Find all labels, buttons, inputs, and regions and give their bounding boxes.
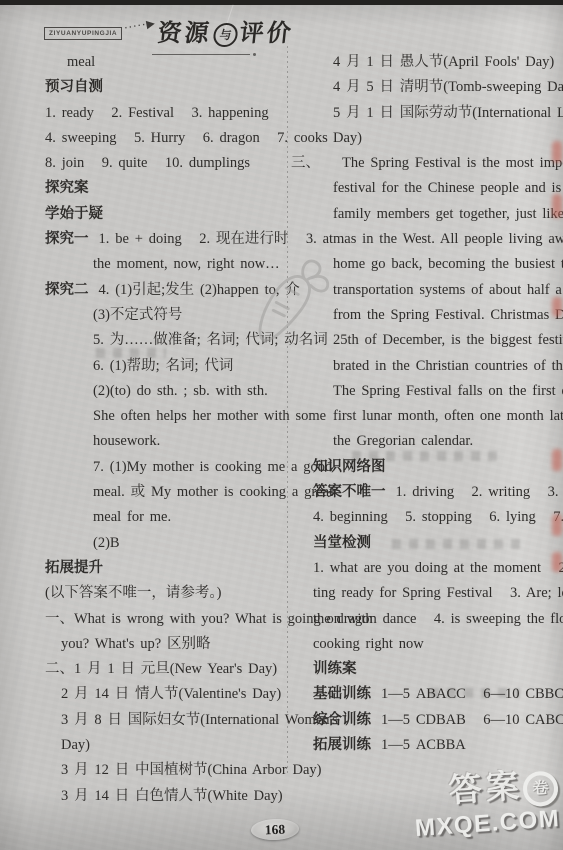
text-line: 3 月 12 日 中国植树节(China Arbor Day)	[61, 758, 285, 783]
line-text: ting ready for Spring Festival 3. Are; l…	[313, 585, 563, 601]
brand-pinyin-box: ZIYUANYUPINGJIA	[44, 27, 122, 40]
text-line: 8. join 9. quite 10. dumplings	[45, 151, 285, 176]
text-line: family members get together, just like C…	[333, 202, 553, 227]
brand-title-part2: 评价	[238, 20, 295, 47]
line-text: 预习自测	[45, 79, 103, 95]
text-line: (2)(to) do sth. ; sb. with sth.	[93, 379, 285, 404]
line-text: brated in the Christian countries of the…	[333, 358, 563, 374]
carrot-icon	[238, 241, 344, 354]
line-label: 探究二	[45, 282, 89, 298]
line-text: 当堂检测	[313, 535, 371, 551]
text-line: 4 月 1 日 愚人节(April Fools' Day)	[333, 50, 553, 75]
line-text: The Spring Festival falls on the first d…	[333, 383, 563, 399]
line-text: home go back, becoming the busiest time …	[333, 256, 563, 272]
brand-title-part1: 资源	[156, 20, 213, 47]
line-text: from the Spring Festival. Christmas Day,…	[333, 307, 563, 323]
line-text: meal	[67, 54, 95, 70]
bleedthrough-smudge	[392, 539, 520, 549]
line-text: festival for the Chinese people and is w…	[333, 180, 563, 196]
line-text: 6. (1)帮助; 名词; 代词	[93, 358, 233, 374]
text-line: Day)	[333, 126, 553, 151]
line-text: 8. join 9. quite 10. dumplings	[45, 155, 250, 171]
bleedthrough-smudge	[96, 348, 166, 358]
page-number-badge: 168	[251, 818, 300, 841]
text-line: 训练案	[313, 657, 553, 682]
text-line: transportation systems of about half a m…	[333, 278, 553, 303]
line-text: 二、1 月 1 日 元旦(New Year's Day)	[45, 661, 277, 677]
text-line: 二、1 月 1 日 元旦(New Year's Day)	[45, 657, 285, 682]
text-line: 4. sweeping 5. Hurry 6. dragon 7. cooks	[45, 126, 285, 151]
line-text: (3)不定式符号	[93, 307, 182, 323]
page-edge-red-mark	[552, 194, 562, 218]
page-edge-red-mark	[552, 552, 562, 572]
site-watermark: 答案卷 MXQE.COM	[387, 766, 561, 845]
text-line: 预习自测	[45, 75, 285, 100]
text-line: from the Spring Festival. Christmas Day,…	[333, 303, 553, 328]
site-watermark-cn-text: 答案	[448, 767, 524, 809]
line-text: 3 月 14 日 白色情人节(White Day)	[61, 788, 283, 804]
line-text: first lunar month, often one month later…	[333, 408, 563, 424]
text-line: 探究案	[45, 176, 285, 201]
text-line: housework.	[93, 429, 285, 454]
text-line: mas in the West. All people living away …	[333, 227, 553, 252]
line-text: Day)	[61, 737, 90, 753]
dotted-arrow-icon: ·····▶	[123, 16, 157, 34]
page-edge-red-mark	[552, 297, 562, 317]
bleedthrough-smudge	[352, 451, 502, 461]
text-line: 1. what are you doing at the moment 2. a…	[313, 556, 553, 581]
scanned-workbook-page: ZIYUANYUPINGJIA·····▶资源与评价 meal预习自测1. re…	[0, 0, 563, 850]
line-label: 综合训练	[313, 712, 371, 728]
line-text: the dragon dance 4. is sweeping the floo…	[313, 611, 563, 627]
text-line: meal. 或 My mother is cooking a great	[93, 480, 285, 505]
line-text: 1. ready 2. Festival 3. happening	[45, 105, 269, 121]
line-text: 学始于疑	[45, 206, 103, 222]
text-line: ting ready for Spring Festival 3. Are; l…	[313, 581, 553, 606]
line-label: 答案不唯一	[313, 484, 386, 500]
line-text: 1—5 CDBAB 6—10 CABCA	[381, 712, 563, 728]
line-text: 25th of December, is the biggest festiva…	[333, 332, 563, 348]
site-watermark-circle-char: 卷	[522, 770, 559, 807]
right-text-column: 4 月 1 日 愚人节(April Fools' Day)4 月 5 日 清明节…	[291, 50, 553, 758]
scan-top-edge	[0, 0, 563, 5]
site-watermark-cn: 答案卷	[387, 766, 559, 817]
line-text: 拓展提升	[45, 560, 103, 576]
text-line: home go back, becoming the busiest time …	[333, 252, 553, 277]
text-line: 一、What is wrong with you? What is going …	[45, 607, 285, 632]
text-line: 答案不唯一1. driving 2. writing 3. helping	[313, 480, 553, 505]
text-line: the dragon dance 4. is sweeping the floo…	[313, 607, 553, 632]
page-edge-red-mark	[552, 141, 562, 163]
line-text: 1. driving 2. writing 3. helping	[396, 484, 563, 500]
text-line: 综合训练1—5 CDBAB 6—10 CABCA	[313, 708, 553, 733]
text-line: 3 月 8 日 国际妇女节(International Women's	[61, 708, 285, 733]
text-line: 3 月 14 日 白色情人节(White Day)	[61, 784, 285, 809]
text-line: She often helps her mother with some	[93, 404, 285, 429]
text-line: first lunar month, often one month later…	[333, 404, 553, 429]
brand-circle-char: 与	[212, 23, 239, 47]
line-text: cooking right now	[313, 636, 424, 652]
line-text: 知识网络图	[313, 459, 386, 475]
text-line: 三、The Spring Festival is the most import…	[291, 151, 553, 176]
line-text: 5 月 1 日 国际劳动节(International Labour	[333, 105, 563, 121]
line-text: Day)	[333, 130, 362, 146]
text-line: 7. (1)My mother is cooking me a good	[93, 455, 285, 480]
text-line: festival for the Chinese people and is w…	[333, 176, 553, 201]
text-line: 探究一1. be + doing 2. 现在进行时 3. at	[45, 227, 285, 252]
line-label: 探究一	[45, 231, 89, 247]
line-label: 三、	[291, 155, 320, 171]
line-label: 拓展训练	[313, 737, 371, 753]
text-line: meal	[67, 50, 285, 75]
line-text: 2 月 14 日 情人节(Valentine's Day)	[61, 686, 281, 702]
left-text-column: meal预习自测1. ready 2. Festival 3. happenin…	[45, 50, 285, 809]
page-edge-red-mark	[552, 449, 562, 471]
line-text: the Gregorian calendar.	[333, 433, 473, 449]
line-text: 3 月 12 日 中国植树节(China Arbor Day)	[61, 762, 321, 778]
line-text: 4 月 1 日 愚人节(April Fools' Day)	[333, 54, 554, 70]
line-text: meal for me.	[93, 509, 171, 525]
line-text: 1. what are you doing at the moment 2. a…	[313, 560, 563, 576]
text-line: 拓展训练1—5 ACBBA	[313, 733, 553, 758]
line-text: family members get together, just like C…	[333, 206, 563, 222]
line-text: (2)(to) do sth. ; sb. with sth.	[93, 383, 268, 399]
line-text: you? What's up? 区别略	[61, 636, 211, 652]
line-text: mas in the West. All people living away …	[333, 231, 563, 247]
text-line: Day)	[61, 733, 285, 758]
site-watermark-url: MXQE.COM	[390, 805, 562, 845]
text-line: 4 月 5 日 清明节(Tomb-sweeping Day)	[333, 75, 553, 100]
text-line: 1. ready 2. Festival 3. happening	[45, 101, 285, 126]
line-text: (2)B	[93, 535, 120, 551]
text-line: 25th of December, is the biggest festiva…	[333, 328, 553, 353]
text-line: brated in the Christian countries of the…	[333, 354, 553, 379]
line-text: 探究案	[45, 180, 89, 196]
line-text: transportation systems of about half a m…	[333, 282, 563, 298]
text-line: 4. beginning 5. stopping 6. lying 7. dyi…	[313, 505, 553, 530]
line-label: 基础训练	[313, 686, 371, 702]
text-line: 5 月 1 日 国际劳动节(International Labour	[333, 101, 553, 126]
brand-title: 资源与评价	[156, 13, 296, 48]
line-text: 训练案	[313, 661, 357, 677]
text-line: (2)B	[93, 531, 285, 556]
text-line: 学始于疑	[45, 202, 285, 227]
line-text: housework.	[93, 433, 160, 449]
page-edge-red-mark	[552, 514, 562, 536]
line-text: The Spring Festival is the most importan…	[342, 155, 563, 171]
text-line: (以下答案不唯一，请参考。)	[45, 581, 285, 606]
line-text: 4. beginning 5. stopping 6. lying 7. dyi…	[313, 509, 563, 525]
line-text: 4 月 5 日 清明节(Tomb-sweeping Day)	[333, 79, 563, 95]
text-line: you? What's up? 区别略	[61, 632, 285, 657]
text-line: 2 月 14 日 情人节(Valentine's Day)	[61, 682, 285, 707]
bleedthrough-smudge	[430, 688, 520, 698]
text-line: 拓展提升	[45, 556, 285, 581]
text-line: The Spring Festival falls on the first d…	[333, 379, 553, 404]
text-line: cooking right now	[313, 632, 553, 657]
text-line: meal for me.	[93, 505, 285, 530]
line-text: 4. sweeping 5. Hurry 6. dragon 7. cooks	[45, 130, 328, 146]
line-text: 1—5 ACBBA	[381, 737, 466, 753]
line-text: (以下答案不唯一，请参考。)	[45, 585, 221, 601]
brand-logo: ZIYUANYUPINGJIA·····▶资源与评价	[44, 13, 294, 47]
